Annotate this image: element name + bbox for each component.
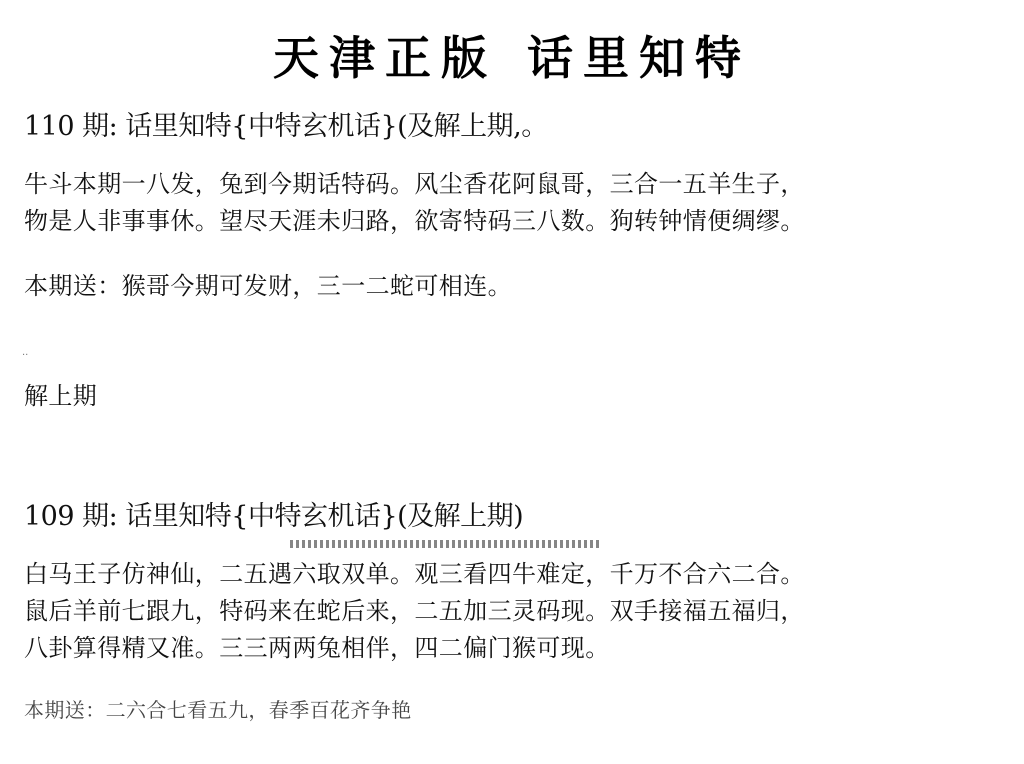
- issue-110-poem: 牛斗本期一八发，兔到今期话特码。风尘香花阿鼠哥，三合一五羊生子， 物是人非事事休…: [24, 166, 805, 240]
- issue-109-gift: 本期送：二六合七看五九，春季百花齐争艳: [24, 692, 412, 729]
- poem-line: 物是人非事事休。望尽天涯未归路，欲寄特码三八数。狗转钟情便绸缪。: [24, 203, 805, 240]
- scan-noise-strip: [290, 540, 600, 548]
- issue-110-heading: 110 期: 话里知特{中特玄机话}(及解上期,。: [24, 104, 548, 143]
- poem-line: 八卦算得精又准。三三两两兔相伴，四二偏门猴可现。: [24, 630, 805, 667]
- banner-part-1: 天津正版: [273, 22, 497, 88]
- issue-110-gift: 本期送：猴哥今期可发财，三一二蛇可相连。: [24, 268, 512, 305]
- issue-109-poem: 白马王子仿神仙，二五遇六取双单。观三看四牛难定，千万不合六二合。 鼠后羊前七跟九…: [24, 556, 805, 667]
- banner-part-2: 话里知特: [527, 22, 751, 88]
- poem-line: 白马王子仿神仙，二五遇六取双单。观三看四牛难定，千万不合六二合。: [24, 556, 805, 593]
- decorative-dots: ..: [22, 347, 28, 358]
- issue-109-heading: 109 期: 话里知特{中特玄机话}(及解上期): [24, 494, 523, 533]
- poem-line: 牛斗本期一八发，兔到今期话特码。风尘香花阿鼠哥，三合一五羊生子，: [24, 166, 805, 203]
- poem-line: 鼠后羊前七跟九，特码来在蛇后来，二五加三灵码现。双手接福五福归，: [24, 593, 805, 630]
- page-banner-title: 天津正版话里知特: [0, 22, 1024, 88]
- issue-110-solve-label: 解上期: [24, 378, 97, 415]
